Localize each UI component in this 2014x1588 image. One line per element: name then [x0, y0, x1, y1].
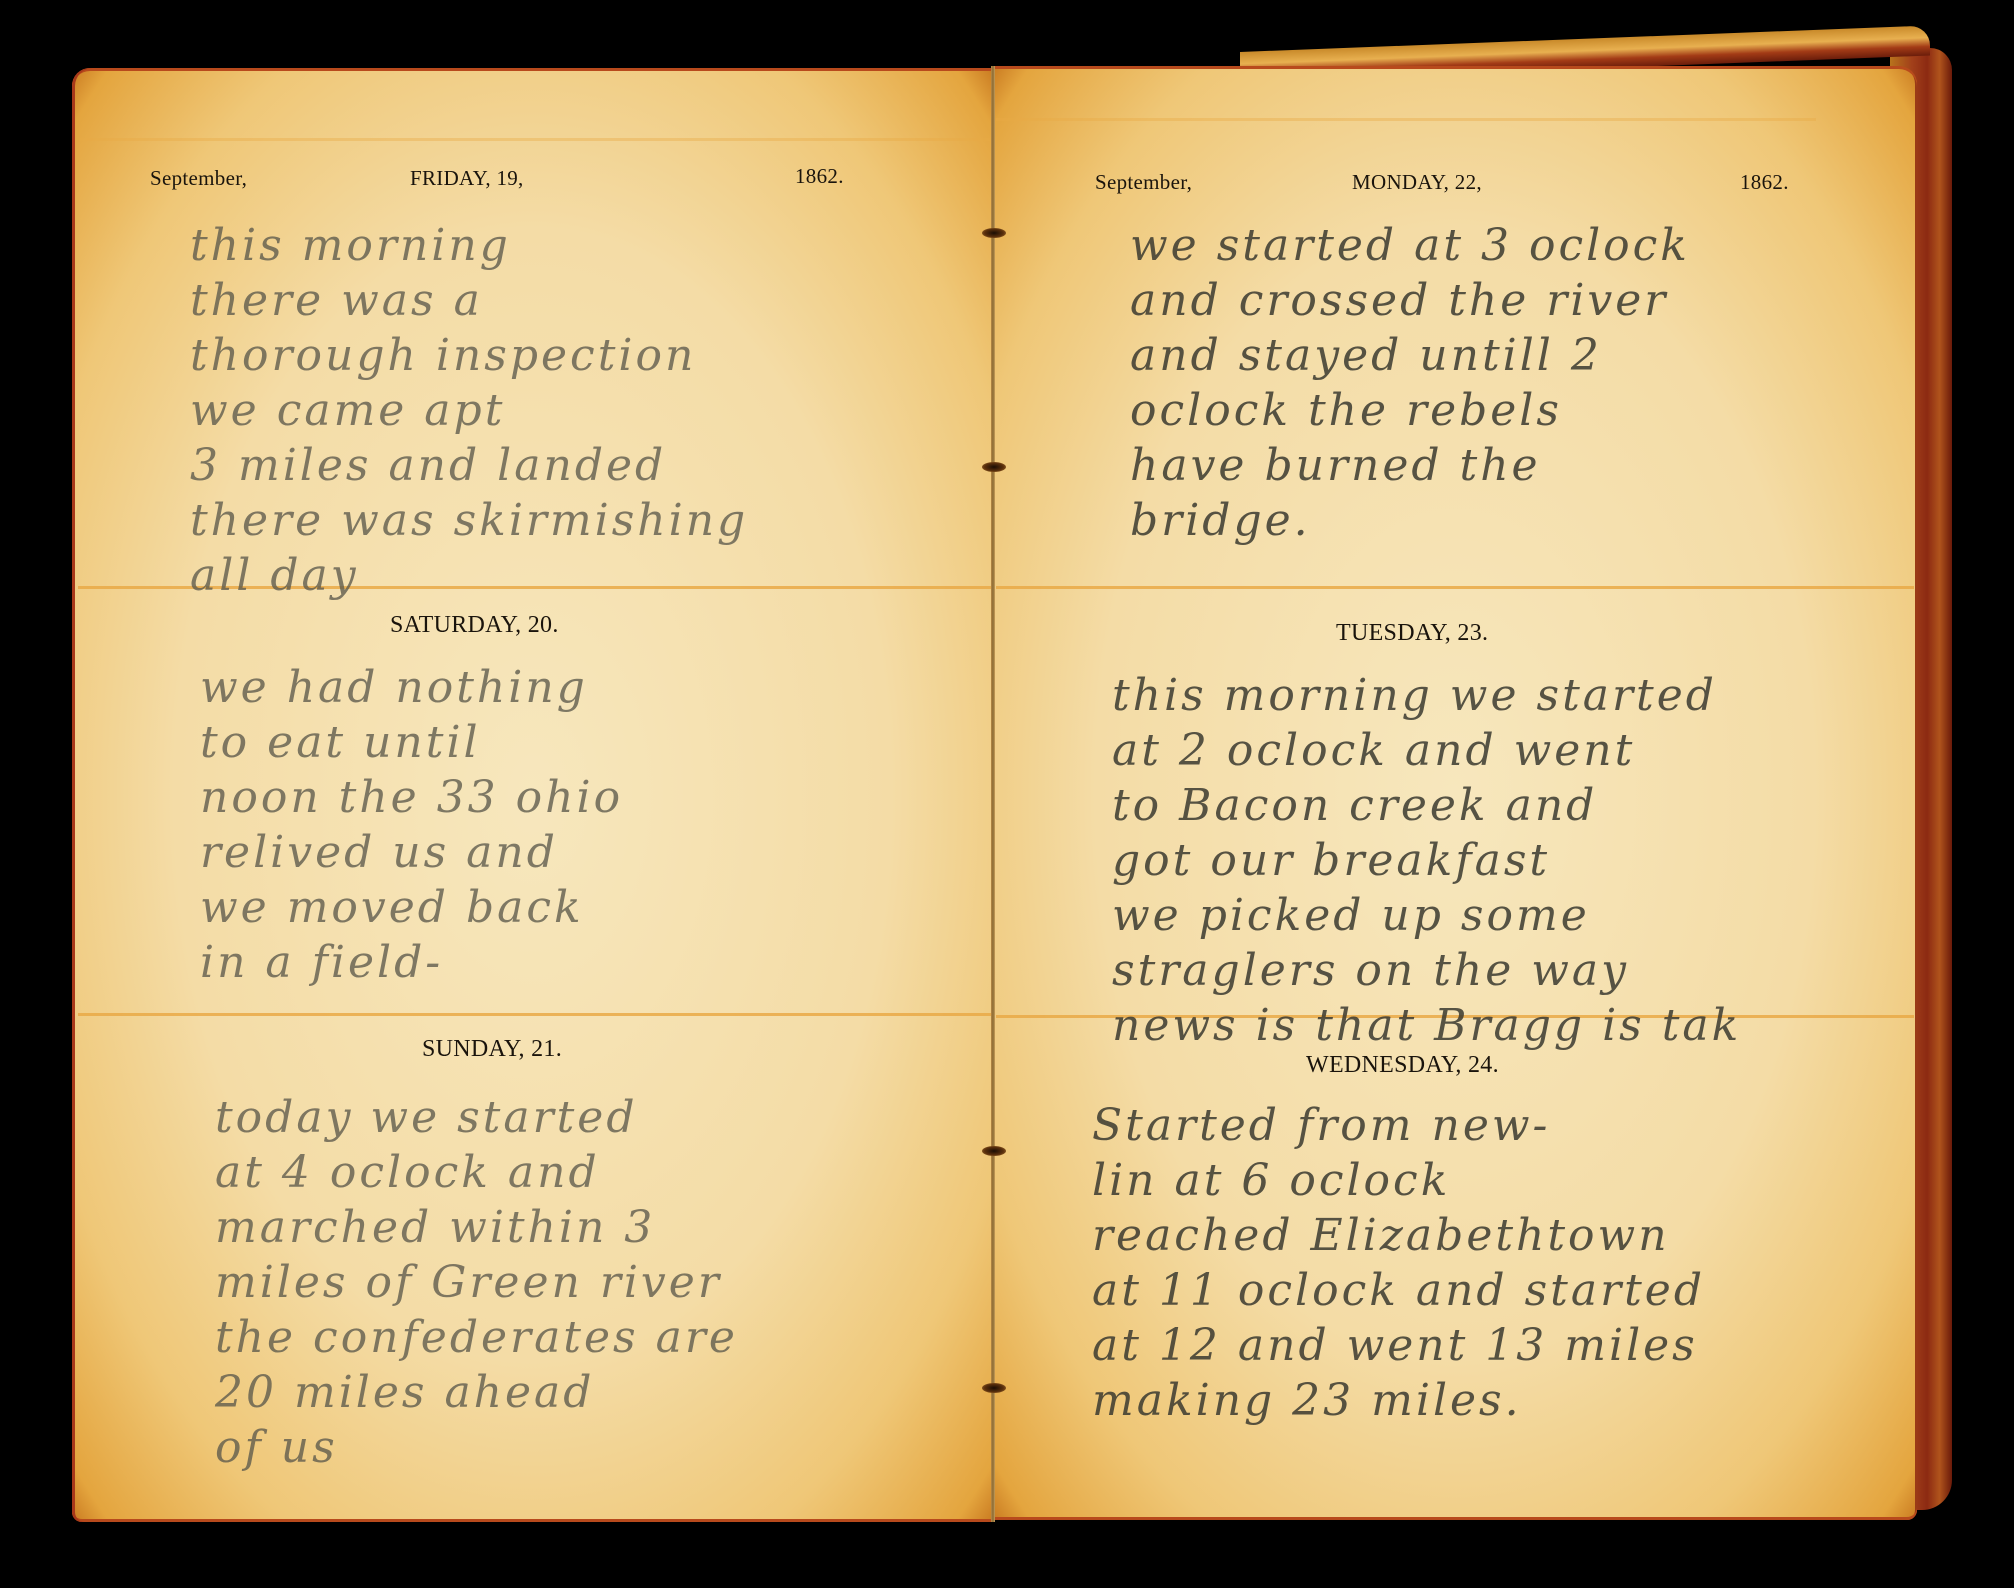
right-header-weekday: MONDAY, 22,: [1352, 170, 1482, 195]
diary-entry-saturday: we had nothing to eat until noon the 33 …: [200, 660, 623, 990]
day-heading-tuesday: TUESDAY, 23.: [1336, 620, 1488, 647]
divider-right-1: [996, 586, 1914, 589]
day-heading-saturday: SATURDAY, 20.: [390, 612, 559, 639]
right-header-month: September,: [1095, 170, 1192, 195]
day-heading-sunday: SUNDAY, 21.: [422, 1036, 562, 1063]
left-header-weekday: FRIDAY, 19,: [410, 166, 524, 191]
left-header-year: 1862.: [795, 164, 844, 189]
book-spine: [991, 66, 995, 1522]
day-heading-wednesday: WEDNESDAY, 24.: [1306, 1052, 1499, 1079]
diary-entry-sunday: today we started at 4 oclock and marched…: [215, 1090, 738, 1475]
diary-entry-friday: this morning there was a thorough inspec…: [190, 218, 748, 603]
diary-entry-monday: we started at 3 oclock and crossed the r…: [1130, 218, 1690, 548]
divider-left-2: [78, 1013, 991, 1016]
diary-entry-tuesday: this morning we started at 2 oclock and …: [1112, 668, 1741, 1053]
binding-stitch-icon: [982, 228, 1006, 238]
top-rule-left: [80, 138, 990, 141]
diary-entry-wednesday: Started from new- lin at 6 oclock reache…: [1092, 1098, 1705, 1428]
right-header-year: 1862.: [1740, 170, 1789, 195]
binding-stitch-icon: [982, 1383, 1006, 1393]
top-rule-right: [996, 118, 1816, 121]
binding-stitch-icon: [982, 1146, 1006, 1156]
binding-stitch-icon: [982, 462, 1006, 472]
left-header-month: September,: [150, 166, 247, 191]
